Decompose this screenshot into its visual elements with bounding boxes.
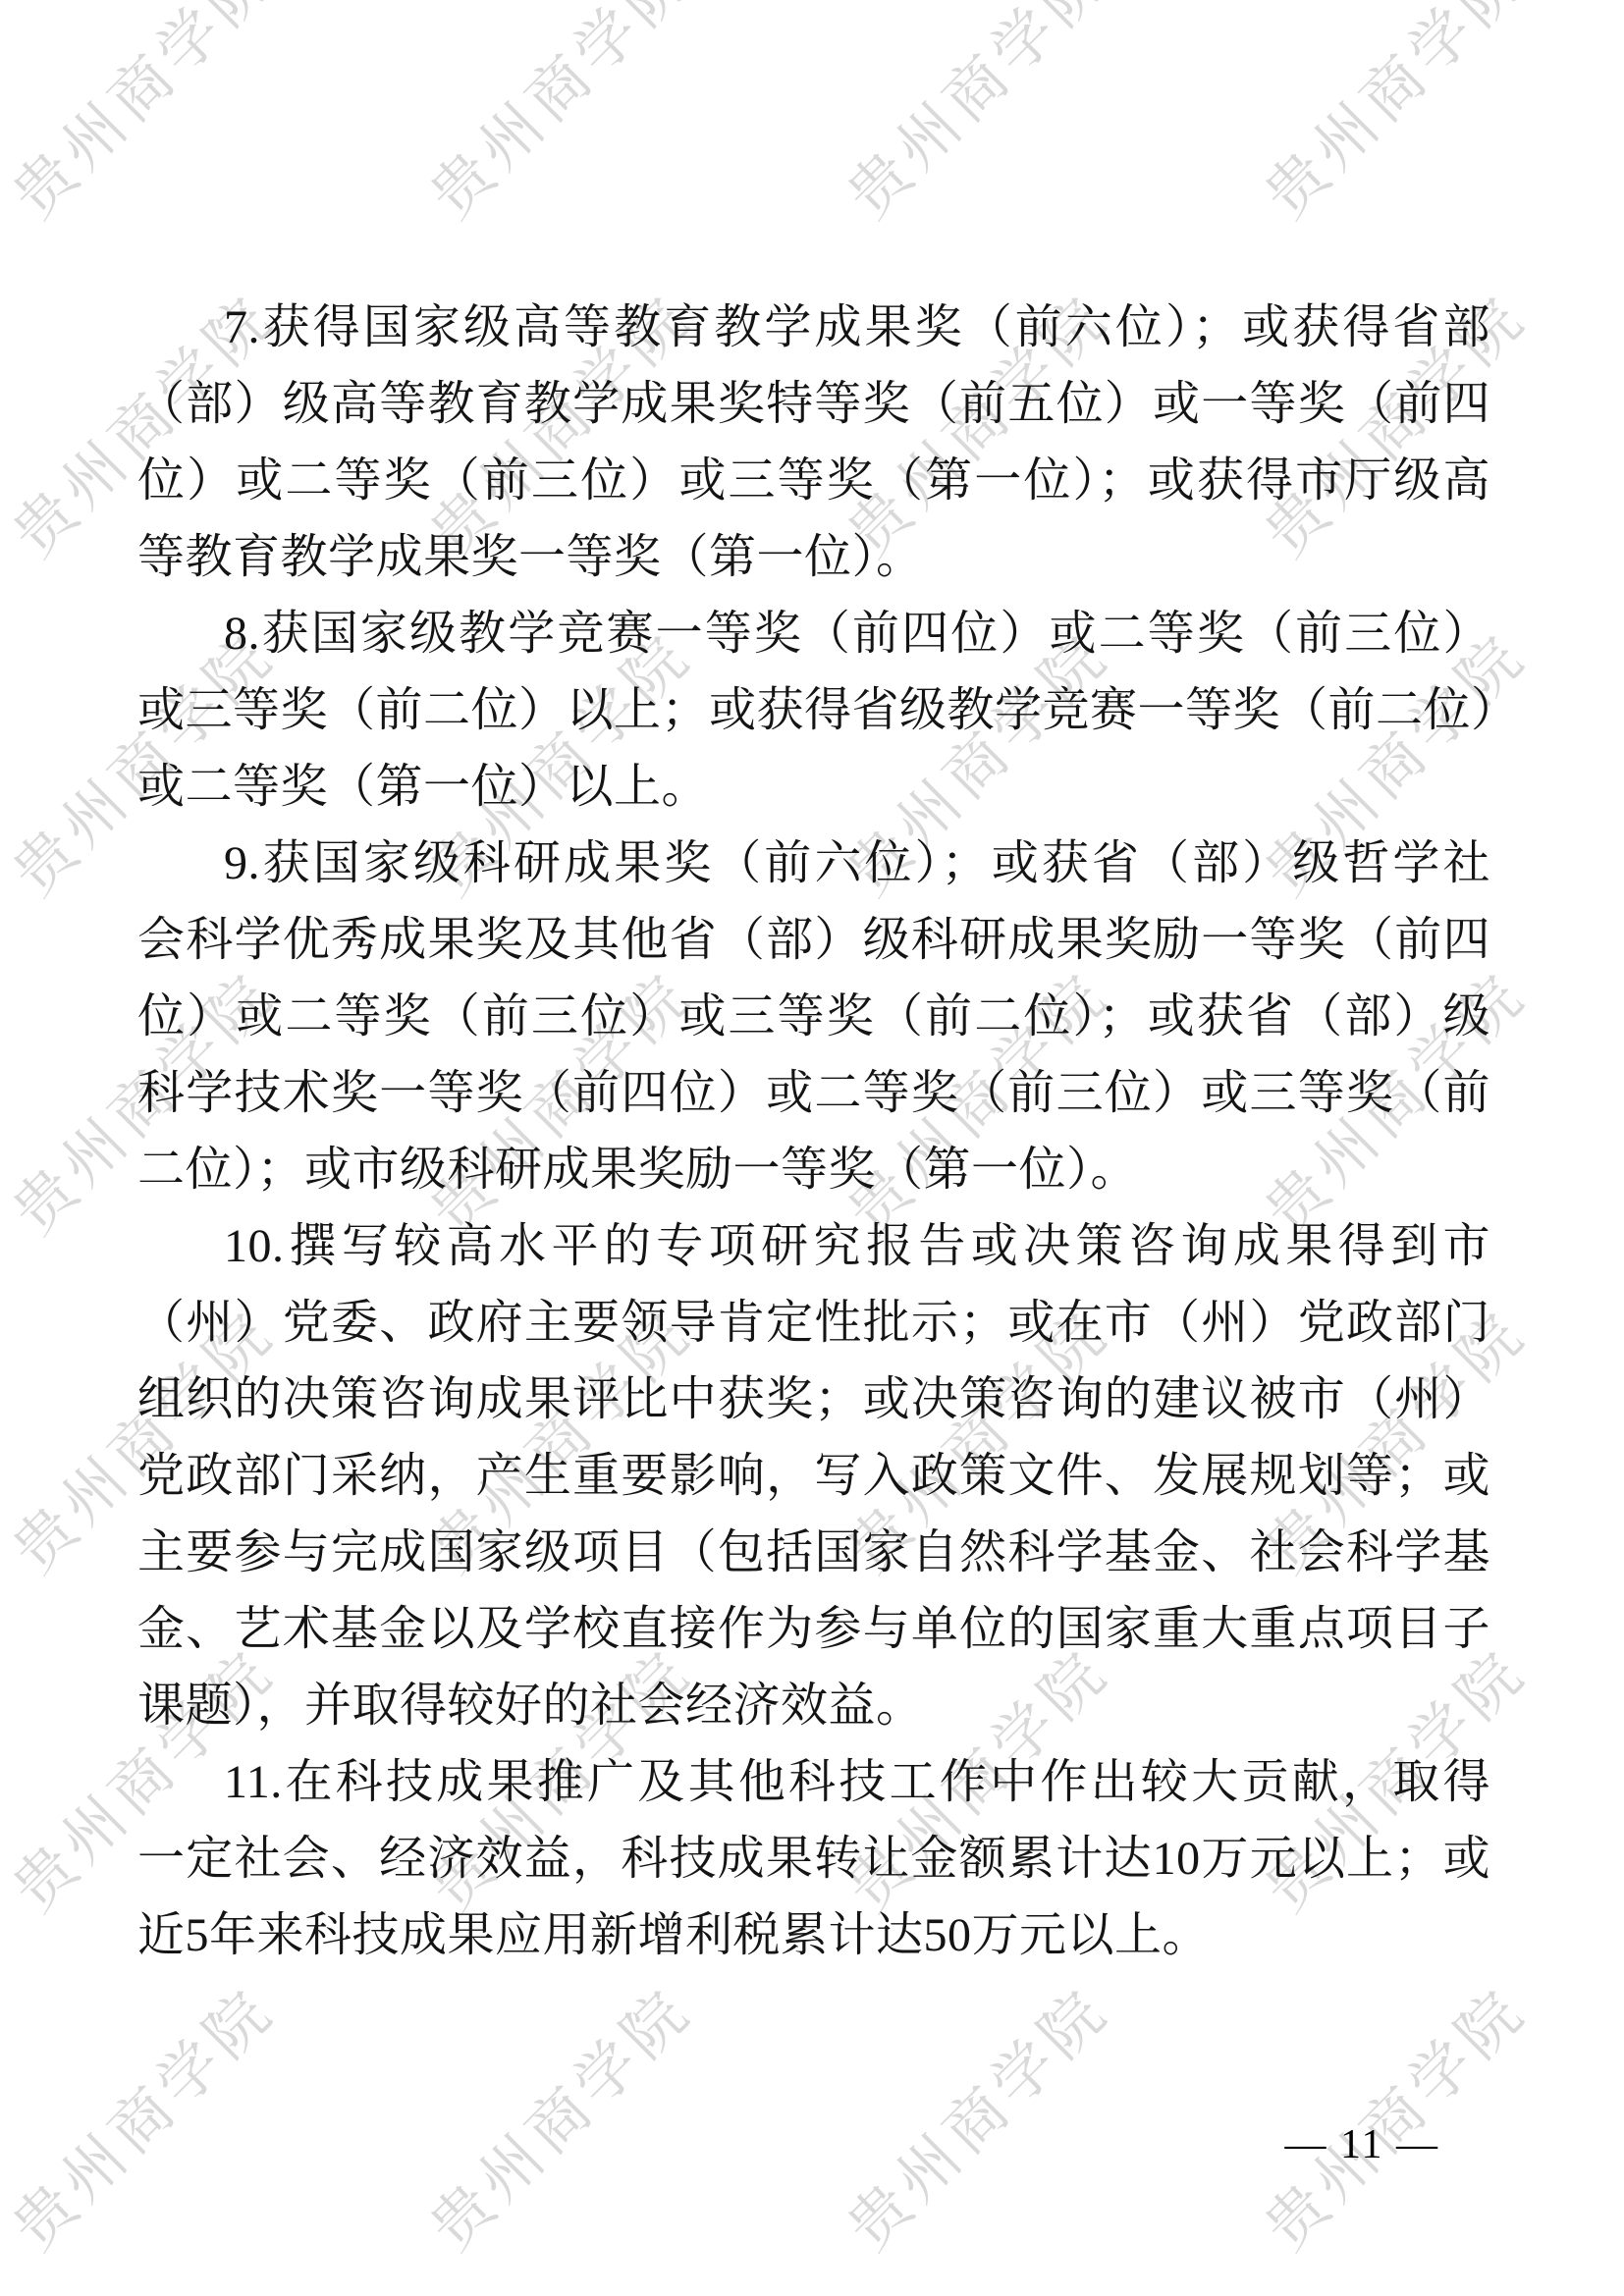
watermark-text: 贵州商学院: [406, 1964, 708, 2266]
text-line: 党政部门采纳，产生重要影响，写入政策文件、发展规划等；或: [137, 1438, 1490, 1515]
watermark-text: 贵州商学院: [0, 0, 291, 234]
text-line: 等教育教学成果奖一等奖（第一位）。: [137, 519, 1490, 596]
text-line: 位）或二等奖（前三位）或三等奖（前二位）；或获省（部）级: [137, 979, 1490, 1055]
text-line: 或二等奖（第一位）以上。: [137, 749, 1490, 826]
text-line: 位）或二等奖（前三位）或三等奖（第一位）；或获得市厅级高: [137, 443, 1490, 519]
text-line: 近5年来科技成果应用新增利税累计达50万元以上。: [137, 1897, 1490, 1974]
text-line: 科学技术奖一等奖（前四位）或二等奖（前三位）或三等奖（前: [137, 1055, 1490, 1132]
text-line: 金、艺术基金以及学校直接作为参与单位的国家重大重点项目子: [137, 1591, 1490, 1668]
text-line: 会科学优秀成果奖及其他省（部）级科研成果奖励一等奖（前四: [137, 902, 1490, 979]
text-line: 主要参与完成国家级项目（包括国家自然科学基金、社会科学基: [137, 1515, 1490, 1591]
page-number: — 11 —: [1285, 2115, 1439, 2174]
document-body: 7.获得国家级高等教育教学成果奖（前六位）；或获得省部（部）级高等教育教学成果奖…: [137, 290, 1490, 1974]
document-page: 贵州商学院贵州商学院贵州商学院贵州商学院贵州商学院贵州商学院贵州商学院贵州商学院…: [0, 0, 1624, 2296]
text-line: 二位）；或市级科研成果奖励一等奖（第一位）。: [137, 1132, 1490, 1208]
watermark-text: 贵州商学院: [824, 1964, 1125, 2266]
text-line: 组织的决策咨询成果评比中获奖；或决策咨询的建议被市（州）: [137, 1362, 1490, 1438]
text-line: 或三等奖（前二位）以上；或获得省级教学竞赛一等奖（前二位）: [137, 672, 1490, 749]
text-line: 一定社会、经济效益，科技成果转让金额累计达10万元以上；或: [137, 1821, 1490, 1897]
text-line: 8.获国家级教学竞赛一等奖（前四位）或二等奖（前三位）: [137, 596, 1490, 672]
watermark-text: 贵州商学院: [824, 0, 1125, 234]
watermark-text: 贵州商学院: [406, 0, 708, 234]
text-line: 课题），并取得较好的社会经济效益。: [137, 1668, 1490, 1744]
watermark-text: 贵州商学院: [1241, 0, 1543, 234]
text-line: 7.获得国家级高等教育教学成果奖（前六位）；或获得省部: [137, 290, 1490, 366]
text-line: （部）级高等教育教学成果奖特等奖（前五位）或一等奖（前四: [137, 366, 1490, 443]
text-line: 11.在科技成果推广及其他科技工作中作出较大贡献，取得: [137, 1744, 1490, 1821]
watermark-text: 贵州商学院: [0, 1964, 291, 2266]
text-line: （州）党委、政府主要领导肯定性批示；或在市（州）党政部门: [137, 1285, 1490, 1362]
text-line: 10.撰写较高水平的专项研究报告或决策咨询成果得到市: [137, 1208, 1490, 1285]
text-line: 9.获国家级科研成果奖（前六位）；或获省（部）级哲学社: [137, 826, 1490, 902]
